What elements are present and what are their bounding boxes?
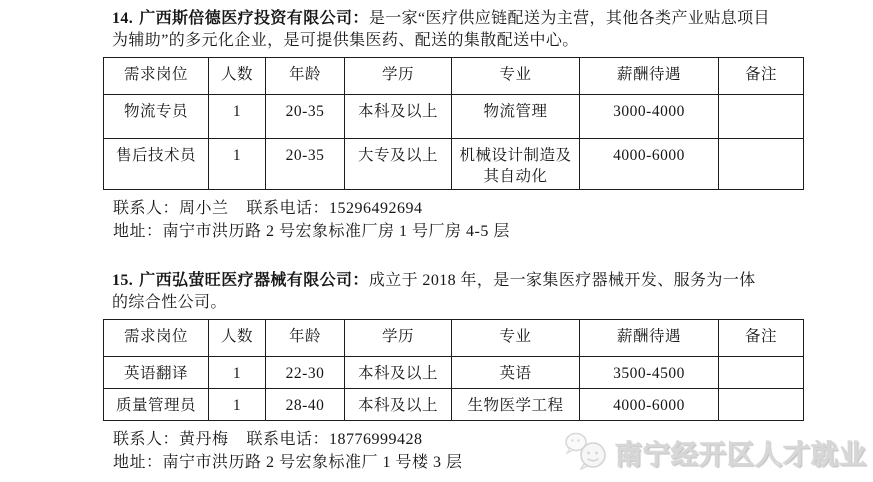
company-name: 广西弘萤旺医疗器械有限公司： — [139, 272, 369, 289]
table-header-row: 需求岗位 人数 年龄 学历 专业 薪酬待遇 备注 — [104, 58, 804, 95]
company-section-14: 14.广西斯倍德医疗投资有限公司：是一家“医疗供应链配送为主营，其他各类产业贴息… — [112, 8, 770, 243]
cell-education: 本科及以上 — [345, 357, 452, 389]
header-count: 人数 — [209, 320, 266, 357]
header-position: 需求岗位 — [104, 58, 209, 95]
header-education: 学历 — [345, 320, 452, 357]
cell-salary: 4000-6000 — [580, 139, 719, 190]
phone-number: 15296492694 — [329, 200, 423, 217]
cell-salary: 3000-4000 — [580, 95, 719, 139]
cell-major: 物流管理 — [452, 95, 580, 139]
cell-count: 1 — [209, 389, 266, 421]
wechat-icon — [564, 432, 610, 472]
cell-salary: 4000-6000 — [580, 389, 719, 421]
cell-count: 1 — [209, 357, 266, 389]
contact-label: 联系人： — [113, 200, 179, 217]
cell-education: 大专及以上 — [345, 139, 452, 190]
cell-salary: 3500-4500 — [580, 357, 719, 389]
cell-education: 本科及以上 — [345, 95, 452, 139]
watermark: 南宁经开区人才就业 — [564, 432, 867, 472]
jobs-table-14: 需求岗位 人数 年龄 学历 专业 薪酬待遇 备注 物流专员 1 20-35 本科… — [103, 57, 804, 190]
company-intro-paragraph: 14.广西斯倍德医疗投资有限公司：是一家“医疗供应链配送为主营，其他各类产业贴息… — [112, 8, 770, 52]
cell-position: 物流专员 — [104, 95, 209, 139]
table-header-row: 需求岗位 人数 年龄 学历 专业 薪酬待遇 备注 — [104, 320, 804, 357]
header-salary: 薪酬待遇 — [580, 320, 719, 357]
header-education: 学历 — [345, 58, 452, 95]
phone-label: 联系电话： — [247, 431, 330, 448]
phone-label: 联系电话： — [247, 200, 330, 217]
cell-notes — [719, 95, 804, 139]
header-notes: 备注 — [719, 58, 804, 95]
header-position: 需求岗位 — [104, 320, 209, 357]
cell-notes — [719, 139, 804, 190]
address-label: 地址： — [113, 223, 163, 240]
company-intro-paragraph: 15.广西弘萤旺医疗器械有限公司：成立于 2018 年，是一家集医疗器械开发、服… — [112, 270, 770, 314]
cell-count: 1 — [209, 139, 266, 190]
contact-label: 联系人： — [113, 431, 179, 448]
cell-age: 28-40 — [266, 389, 345, 421]
cell-position: 质量管理员 — [104, 389, 209, 421]
header-major: 专业 — [452, 58, 580, 95]
cell-notes — [719, 357, 804, 389]
header-age: 年龄 — [266, 320, 345, 357]
document-page: 14.广西斯倍德医疗投资有限公司：是一家“医疗供应链配送为主营，其他各类产业贴息… — [0, 0, 873, 482]
table-row: 英语翻译 1 22-30 本科及以上 英语 3500-4500 — [104, 357, 804, 389]
address-label: 地址： — [113, 454, 163, 471]
contact-block: 联系人：周小兰联系电话：15296492694 地址：南宁市洪历路 2 号宏象标… — [113, 197, 770, 243]
cell-notes — [719, 389, 804, 421]
company-name: 广西斯倍德医疗投资有限公司： — [139, 10, 369, 27]
table-row: 质量管理员 1 28-40 本科及以上 生物医学工程 4000-6000 — [104, 389, 804, 421]
header-age: 年龄 — [266, 58, 345, 95]
cell-count: 1 — [209, 95, 266, 139]
company-index: 15. — [112, 272, 133, 289]
table-row: 物流专员 1 20-35 本科及以上 物流管理 3000-4000 — [104, 95, 804, 139]
cell-major: 生物医学工程 — [452, 389, 580, 421]
header-salary: 薪酬待遇 — [580, 58, 719, 95]
contact-name: 黄丹梅 — [179, 431, 229, 448]
address-line: 地址：南宁市洪历路 2 号宏象标准厂房 1 号厂房 4-5 层 — [113, 220, 770, 243]
address-value: 南宁市洪历路 2 号宏象标准厂房 1 号厂房 4-5 层 — [163, 223, 510, 240]
cell-major: 英语 — [452, 357, 580, 389]
cell-age: 22-30 — [266, 357, 345, 389]
address-value: 南宁市洪历路 2 号宏象标准厂 1 号楼 3 层 — [163, 454, 463, 471]
jobs-table-15: 需求岗位 人数 年龄 学历 专业 薪酬待遇 备注 英语翻译 1 22-30 本科… — [103, 319, 804, 421]
contact-line: 联系人：周小兰联系电话：15296492694 — [113, 197, 770, 220]
header-notes: 备注 — [719, 320, 804, 357]
header-count: 人数 — [209, 58, 266, 95]
phone-number: 18776999428 — [329, 431, 423, 448]
cell-age: 20-35 — [266, 139, 345, 190]
contact-name: 周小兰 — [179, 200, 229, 217]
cell-position: 英语翻译 — [104, 357, 209, 389]
cell-education: 本科及以上 — [345, 389, 452, 421]
cell-position: 售后技术员 — [104, 139, 209, 190]
cell-major: 机械设计制造及其自动化 — [452, 139, 580, 190]
watermark-text: 南宁经开区人才就业 — [615, 433, 867, 472]
table-row: 售后技术员 1 20-35 大专及以上 机械设计制造及其自动化 4000-600… — [104, 139, 804, 190]
company-index: 14. — [112, 10, 133, 27]
document-content: 14.广西斯倍德医疗投资有限公司：是一家“医疗供应链配送为主营，其他各类产业贴息… — [112, 8, 770, 474]
cell-age: 20-35 — [266, 95, 345, 139]
header-major: 专业 — [452, 320, 580, 357]
